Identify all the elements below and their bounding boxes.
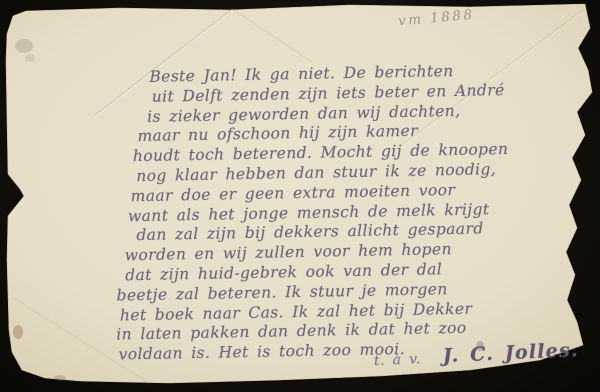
closing-formula: t. à v. xyxy=(374,351,422,369)
signature: J. C. Jolles. xyxy=(442,339,579,367)
letter-body: Beste Jan! Ik ga niet. De berichten uit … xyxy=(109,59,593,365)
photo-background: vm 1888 Beste Jan! Ik ga niet. De berich… xyxy=(0,0,600,392)
